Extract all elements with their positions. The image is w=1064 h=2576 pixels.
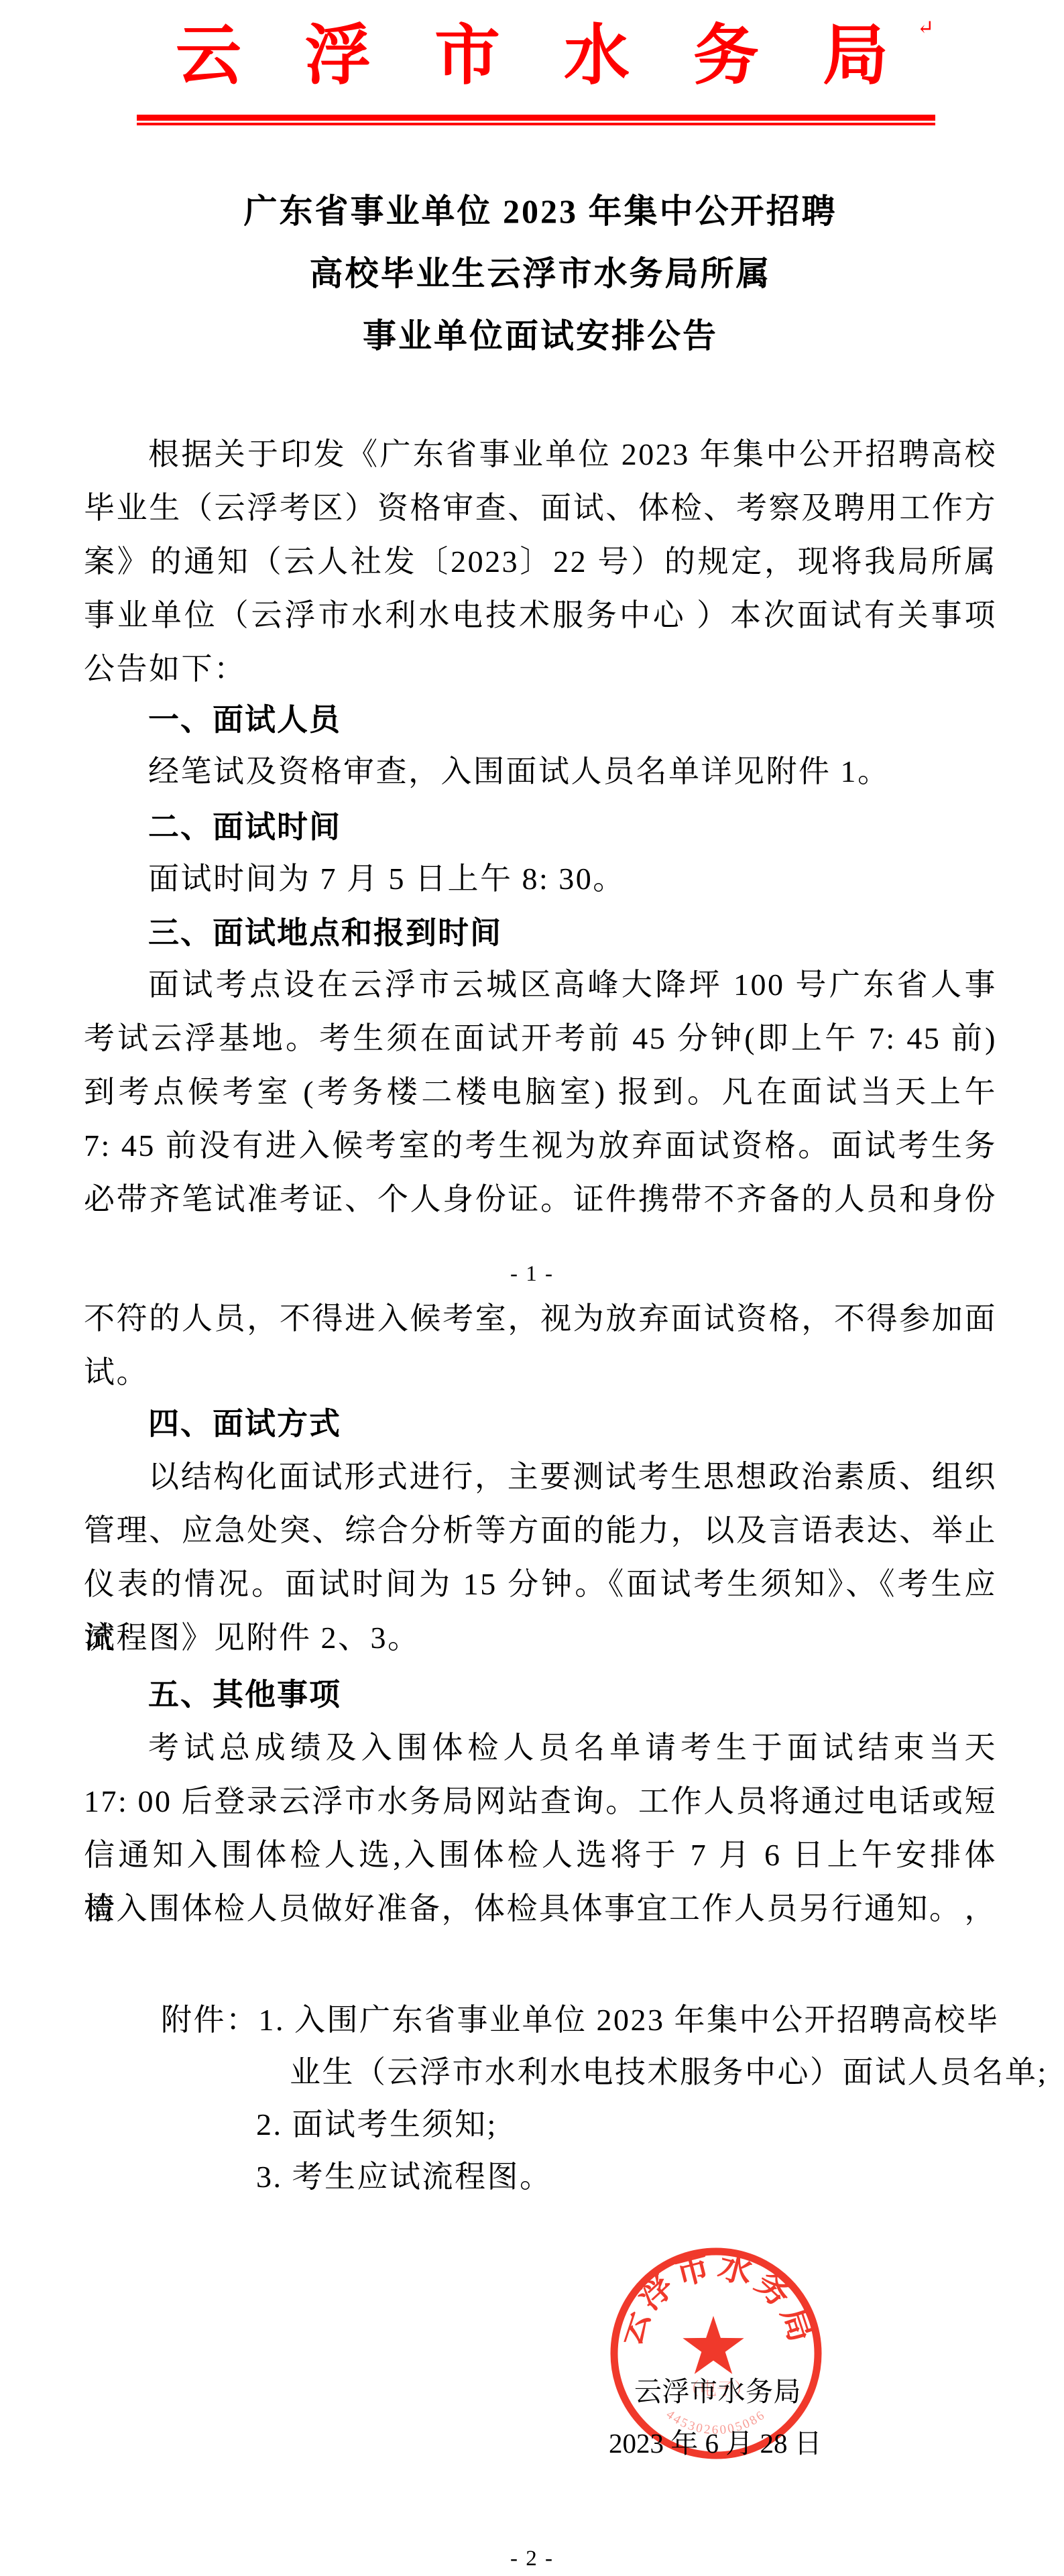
body-line: 不符的人员，不得进入候考室，视为放弃面试资格，不得参加面 [84,1292,997,1346]
attachments-row: 3.考生应试流程图。 [256,2151,552,2203]
body-line: 17: 00 后登录云浮市水务局网站查询。工作人员将通过电话或短 [84,1775,997,1828]
body-line: 到考点候考室 (考务楼二楼电脑室) 报到。凡在面试当天上午 [84,1065,997,1119]
body-line: 案》的通知（云人社发〔2023〕22 号）的规定，现将我局所属 [84,535,997,589]
attachment-item-text: 面试考生须知; [292,2107,497,2142]
signature-agency: 云浮市水务局 [634,2374,801,2409]
body-line: 考试总成绩及入围体检人员名单请考生于面试结束当天 [84,1721,997,1775]
body-line: 试。 [84,1346,997,1399]
body-line: 流程图》见附件 2、3。 [84,1611,997,1665]
attachment-item-number: 2. [256,2107,283,2142]
body-line: 以结构化面试形式进行，主要测试考生思想政治素质、组织 [84,1450,997,1504]
letterhead-rule-thick [137,115,935,121]
section-heading: 三、面试地点和报到时间 [148,913,502,953]
body-line: 事业单位（云浮市水利水电技术服务中心 ）本次面试有关事项 [84,589,997,642]
body-line: 经笔试及资格审查，入围面试人员名单详见附件 1。 [84,745,997,799]
letterhead-rule-thin [137,123,935,125]
paragraph-mark-icon: ↵ [917,16,934,40]
attachment-item-number: 3. [256,2160,283,2194]
letterhead-agency-name: 云浮市水务局 [0,3,1064,97]
document-title-line: 广东省事业单位 2023 年集中公开招聘 [84,190,997,232]
section-heading: 一、面试人员 [148,699,341,740]
body-line: 公告如下： [84,642,997,696]
document-page: 云浮市水务局 ↵ 广东省事业单位 2023 年集中公开招聘 高校毕业生云浮市水务… [0,0,1064,2576]
body-line: 毕业生（云浮考区）资格审查、面试、体检、考察及聘用工作方 [84,481,997,535]
document-title-line: 事业单位面试安排公告 [84,315,997,357]
page-number: - 2 - [0,2545,1064,2572]
attachment-item-text: 业生（云浮市水利水电技术服务中心）面试人员名单; [290,2046,1048,2099]
body-line: 面试考点设在云浮市云城区高峰大降坪 100 号广东省人事 [84,958,997,1012]
body-line: 7: 45 前没有进入候考室的考生视为放弃面试资格。面试考生务 [84,1119,997,1173]
section-heading: 二、面试时间 [148,807,341,847]
attachments-row: 2.面试考生须知; [256,2099,497,2151]
attachments-row: 附件：1.入围广东省事业单位 2023 年集中公开招聘高校毕 [161,1994,1000,2046]
body-line: 管理、应急处突、综合分析等方面的能力，以及言语表达、举止 [84,1504,997,1558]
section-heading: 四、面试方式 [148,1403,341,1444]
body-line: 必带齐笔试准考证、个人身份证。证件携带不齐备的人员和身份 [84,1173,997,1226]
section-heading: 五、其他事项 [148,1674,341,1714]
attachment-item-number: 1. [259,2003,286,2037]
attachment-item-text: 考生应试流程图。 [292,2160,552,2194]
document-title-line: 高校毕业生云浮市水务局所属 [84,253,997,294]
body-line: 请入围体检人员做好准备，体检具体事宜工作人员另行通知。 [84,1882,997,1936]
attachment-item-text: 入围广东省事业单位 2023 年集中公开招聘高校毕 [294,2003,1000,2037]
body-line: 面试时间为 7 月 5 日上午 8: 30。 [84,852,997,906]
page-number: - 1 - [0,1261,1064,1287]
body-line: 根据关于印发《广东省事业单位 2023 年集中公开招聘高校 [84,428,997,481]
attachments-label: 附件： [161,2003,259,2037]
body-line: 考试云浮基地。考生须在面试开考前 45 分钟(即上午 7: 45 前) [84,1012,997,1065]
signature-date: 2023 年 6 月 28 日 [609,2426,822,2461]
seal-star-icon [683,2316,744,2374]
